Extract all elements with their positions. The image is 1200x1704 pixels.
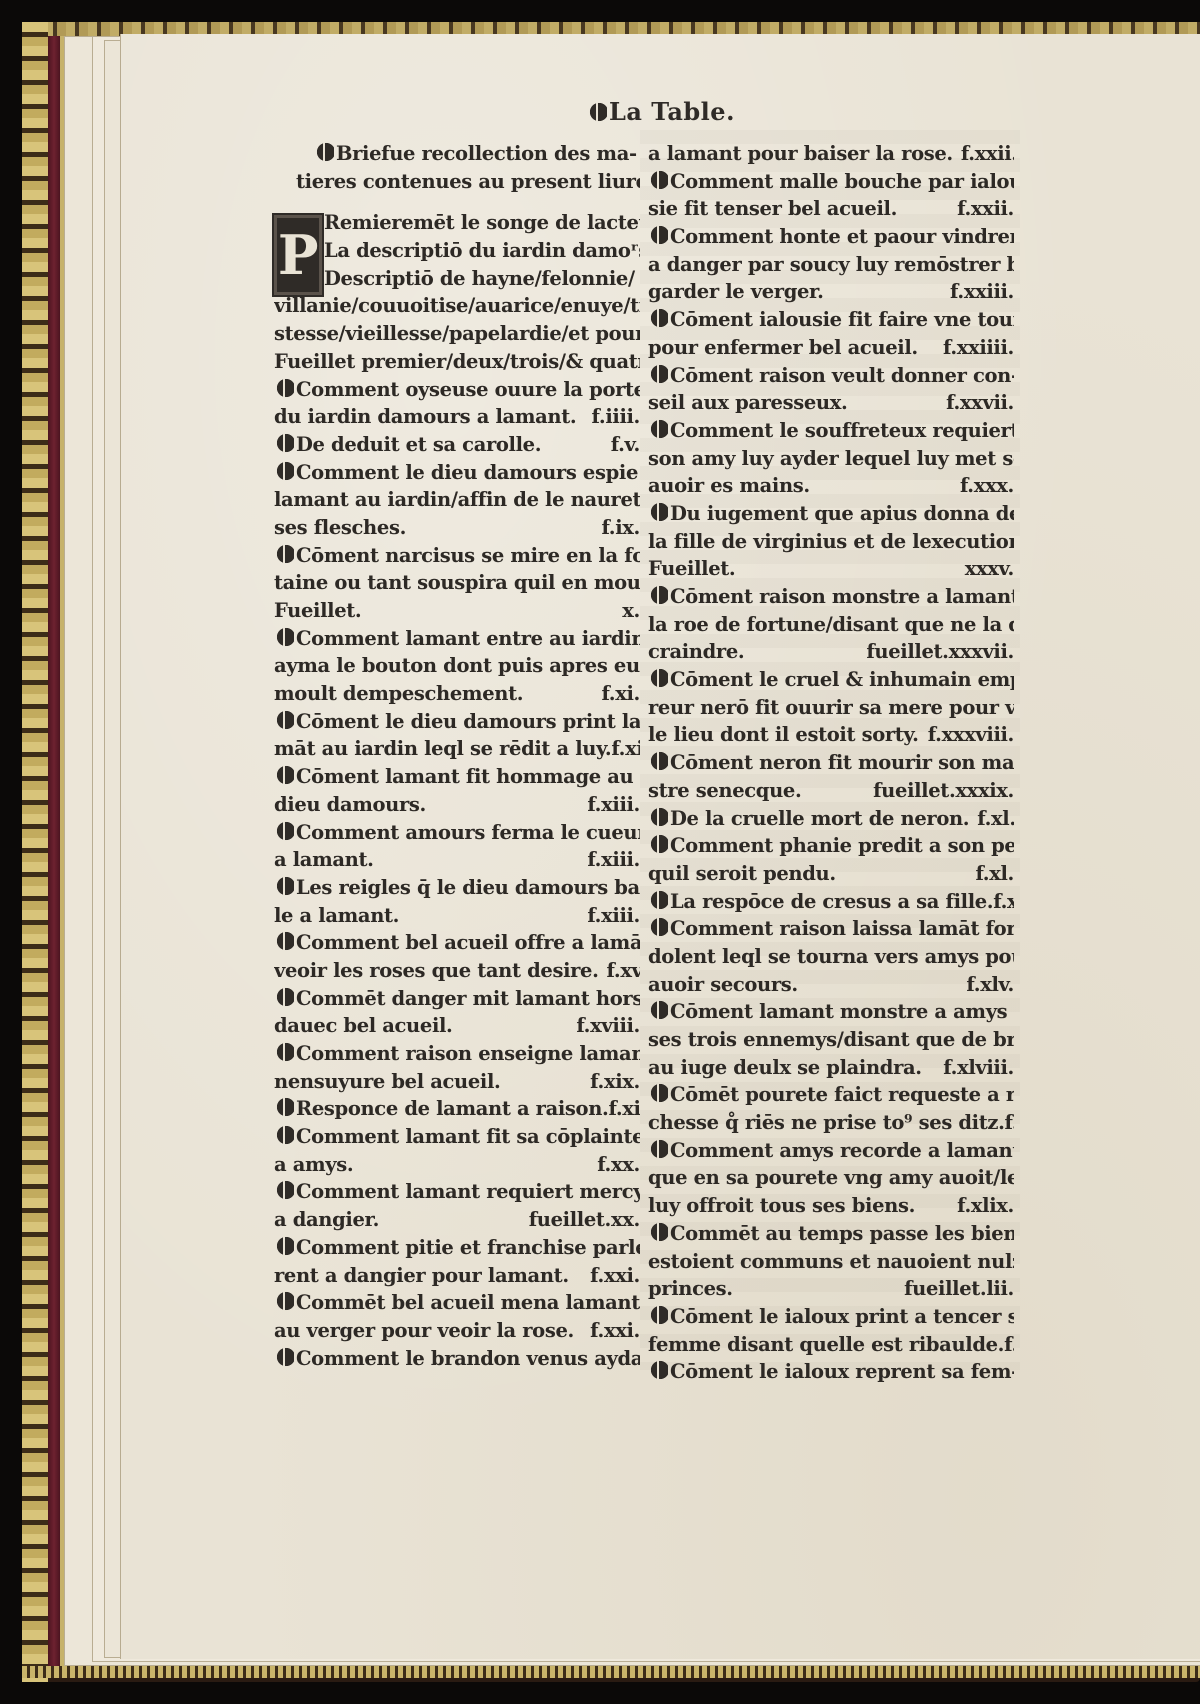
entry-line: Comment phanie predit a son pere: [648, 832, 1014, 860]
pilcrow-icon: [648, 667, 668, 689]
entry-text: Comment honte et paour vindrent: [648, 223, 1014, 251]
entry-title: Commēt danger mit lamant hors: [296, 987, 640, 1010]
entry-title: auoir es mains.: [648, 474, 810, 497]
pilcrow-icon: [274, 1041, 294, 1063]
folio-reference: f.xix.: [582, 1068, 640, 1096]
pilcrow-icon: [274, 709, 294, 731]
decorated-initial-p: P: [272, 213, 324, 297]
heading-text-1: Briefue recollection des ma-: [336, 142, 637, 165]
entry-title: Cōment le dieu damours print la-: [296, 710, 640, 733]
entry-text: Du iugement que apius donna de: [648, 500, 1014, 528]
entry-text: du iardin damours a lamant.: [274, 403, 576, 431]
entry-title: a amys.: [274, 1153, 353, 1176]
entry-line: craindre.fueillet.xxxvii.: [648, 638, 1014, 666]
entry-line: La respōce de cresus a sa fille.f.xli.: [648, 888, 1014, 916]
entry-line: la fille de virginius et de lexecution.: [648, 528, 1014, 556]
entry-title: a dangier.: [274, 1208, 379, 1231]
folio-reference: f.xl.: [967, 860, 1014, 888]
entry-text: Descriptiō de hayne/felonnie/: [324, 265, 635, 293]
entry-line: Cōment raison veult donner con-: [648, 362, 1014, 390]
entry-title: le lieu dont il estoit sorty.: [648, 723, 919, 746]
entry-title: Responce de lamant a raison.f.xix: [296, 1097, 640, 1120]
entry-title: dauec bel acueil.: [274, 1014, 453, 1037]
entry-text: auoir es mains.: [648, 472, 810, 500]
entry-line: Commēt danger mit lamant hors: [274, 985, 640, 1013]
entry-line: seil aux paresseux.f.xxvii.: [648, 389, 1014, 417]
entry-text: Cōment le ialoux reprent sa fem-: [648, 1358, 1014, 1386]
pilcrow-icon: [648, 999, 668, 1021]
entry-title: Cōment le cruel & inhumain empe: [670, 668, 1014, 691]
entry-line: que en sa pourete vng amy auoit/leql: [648, 1164, 1014, 1192]
entry-text: La descriptiō du iardin damoʳs: [324, 237, 640, 265]
entry-line: a lamant pour baiser la rose.f.xxii.: [648, 140, 1014, 168]
entry-title: ses trois ennemys/disant que de brief: [648, 1028, 1014, 1051]
entry-line: luy offroit tous ses biens.f.xlix.: [648, 1192, 1014, 1220]
entry-title: Comment le dieu damours espie: [296, 461, 638, 484]
entry-line: le a lamant.f.xiii.: [274, 902, 640, 930]
entry-title: nensuyure bel acueil.: [274, 1070, 500, 1093]
entry-line: Comment lamant entre au iardin: [274, 625, 640, 653]
entry-title: veoir les roses que tant desire.: [274, 959, 599, 982]
entry-title: lamant au iardin/affin de le nauret de: [274, 488, 640, 511]
entry-line: māt au iardin leql se rēdit a luy.f.xii.: [274, 735, 640, 763]
entry-title: Cōment le ialoux reprent sa fem-: [670, 1360, 1014, 1383]
entry-text: rent a dangier pour lamant.: [274, 1262, 569, 1290]
entry-line: Cōment neron fit mourir son mai-: [648, 749, 1014, 777]
entry-title: Comment lamant fit sa cōplainte: [296, 1125, 640, 1148]
spacer: [274, 195, 640, 209]
folio-reference: f.xxiiii.: [935, 334, 1014, 362]
entry-line: Cōmēt pourete faict requeste a ri-: [648, 1081, 1014, 1109]
entry-line: quil seroit pendu.f.xl.: [648, 860, 1014, 888]
entry-text: au iuge deulx se plaindra.: [648, 1054, 922, 1082]
entry-title: De la cruelle mort de neron.: [670, 807, 969, 830]
entry-line: moult dempeschement.f.xi.: [274, 680, 640, 708]
entry-text: Les reigles q̄ le dieu damours bail: [274, 874, 640, 902]
entry-line: Comment raison enseigne lamant: [274, 1040, 640, 1068]
entry-text: estoient communs et nauoient nulz: [648, 1248, 1014, 1276]
entry-title: Comment amours ferma le cueur: [296, 821, 640, 844]
pilcrow-icon: [274, 875, 294, 897]
pilcrow-icon: [648, 806, 668, 828]
entry-text: a lamant.: [274, 846, 374, 874]
entry-text: dieu damours.: [274, 791, 426, 819]
entry-line: Comment amys recorde a lamant: [648, 1137, 1014, 1165]
pilcrow-icon: [274, 1290, 294, 1312]
entry-title: sie fit tenser bel acueil.: [648, 197, 897, 220]
entry-text: Commēt danger mit lamant hors: [274, 985, 640, 1013]
entry-line: dauec bel acueil.f.xviii.: [274, 1012, 640, 1040]
entry-line: pour enfermer bel acueil.f.xxiiii.: [648, 334, 1014, 362]
entry-title: luy offroit tous ses biens.: [648, 1194, 915, 1217]
entry-title: reur nerō fit ouurir sa mere pour veoir: [648, 696, 1014, 719]
entry-line: au verger pour veoir la rose.f.xxi.: [274, 1317, 640, 1345]
entry-text: sie fit tenser bel acueil.: [648, 195, 897, 223]
entry-title: le a lamant.: [274, 904, 399, 927]
pilcrow-icon: [274, 432, 294, 454]
entry-line: nensuyure bel acueil.f.xix.: [274, 1068, 640, 1096]
pilcrow-icon: [274, 626, 294, 648]
entry-line: du iardin damours a lamant.f.iiii.: [274, 403, 640, 431]
pilcrow-icon: [648, 363, 668, 385]
pilcrow-icon: [274, 1124, 294, 1146]
entry-title: dolent leql se tourna vers amys pour: [648, 945, 1014, 968]
entry-title: Fueillet.: [648, 557, 735, 580]
entry-line: De la cruelle mort de neron.f.xl.: [648, 805, 1014, 833]
entry-line: Comment bel acueil offre a lamāt: [274, 929, 640, 957]
entry-title: princes.: [648, 1277, 733, 1300]
entry-title: Cōment ialousie fit faire vne tour: [670, 308, 1014, 331]
entry-title: seil aux paresseux.: [648, 391, 847, 414]
entry-title: Cōmēt pourete faict requeste a ri-: [670, 1083, 1014, 1106]
entry-title: au iuge deulx se plaindra.: [648, 1056, 922, 1079]
entry-line: ayma le bouton dont puis apres eut: [274, 652, 640, 680]
entry-title: ayma le bouton dont puis apres eut: [274, 654, 640, 677]
entry-text: ses flesches.: [274, 514, 406, 542]
running-head: La Table.: [587, 97, 735, 126]
entry-text: princes.: [648, 1275, 733, 1303]
entry-line: reur nerō fit ouurir sa mere pour veoir: [648, 694, 1014, 722]
entry-line: Comment malle bouche par ialou: [648, 168, 1014, 196]
entry-text: Cōment lamant fit hommage au: [274, 763, 633, 791]
entry-title: Cōment neron fit mourir son mai-: [670, 751, 1014, 774]
entry-line: villanie/couuoitise/auarice/enuye/tri: [274, 292, 640, 320]
entry-title: dieu damours.: [274, 793, 426, 816]
entry-text: Comment raison enseigne lamant: [274, 1040, 640, 1068]
entry-text: De deduit et sa carolle.: [274, 431, 541, 459]
entry-line: Comment oyseuse ouure la porte: [274, 376, 640, 404]
entry-line: Comment le dieu damours espie: [274, 459, 640, 487]
pilcrow-icon: [274, 1096, 294, 1118]
entry-text: Commēt au temps passe les biens: [648, 1220, 1014, 1248]
entry-title: Cōment le ialoux print a tencer sa: [670, 1305, 1014, 1328]
folio-reference: f.xxiii.: [942, 278, 1014, 306]
entry-text: Comment lamant requiert mercy: [274, 1178, 640, 1206]
entry-text: Comment malle bouche par ialou: [648, 168, 1014, 196]
folio-reference: x.: [614, 597, 640, 625]
entry-text: Comment oyseuse ouure la porte: [274, 376, 640, 404]
entry-text: taine ou tant souspira quil en mourut.: [274, 569, 640, 597]
entry-title: stesse/vieillesse/papelardie/et pourete.: [274, 322, 640, 345]
entry-text: Cōment le ialoux print a tencer sa: [648, 1303, 1014, 1331]
pilcrow-icon: [648, 169, 668, 191]
folio-reference: fueillet.lii.: [896, 1275, 1014, 1303]
entry-title: Fueillet premier/deux/trois/& quatre.: [274, 350, 640, 373]
entry-line: Cōment le cruel & inhumain empe: [648, 666, 1014, 694]
entry-line: sie fit tenser bel acueil.f.xxii.: [648, 195, 1014, 223]
entry-title: moult dempeschement.: [274, 682, 523, 705]
folio-reference: [1007, 998, 1014, 1026]
folio-reference: f.ix.: [593, 514, 640, 542]
entry-text: Comment raison laissa lamāt fort: [648, 915, 1014, 943]
entry-line: Commēt bel acueil mena lamant: [274, 1289, 640, 1317]
gilt-border-bottom: [22, 1666, 1200, 1678]
pilcrow-icon: [274, 460, 294, 482]
folio-reference: f.xviii: [599, 957, 640, 985]
folio-reference: [633, 763, 640, 791]
entry-title: auoir secours.: [648, 973, 798, 996]
entry-text: luy offroit tous ses biens.: [648, 1192, 915, 1220]
heading-text-2: tieres contenues au present liure.: [274, 168, 640, 196]
entry-text: la fille de virginius et de lexecution.: [648, 528, 1014, 556]
entry-text: la roe de fortune/disant que ne la doit: [648, 611, 1014, 639]
folio-reference: xxxv.: [957, 555, 1014, 583]
entry-title: ses flesches.: [274, 516, 406, 539]
entry-text: Remieremēt le songe de lacteur: [324, 209, 640, 237]
entry-title: a danger par soucy luy remōstrer bien: [648, 253, 1014, 276]
folio-reference: f.xlv.: [958, 971, 1014, 999]
entry-line: au iuge deulx se plaindra.f.xlviii.: [648, 1054, 1014, 1082]
entry-line: stre senecque.fueillet.xxxix.: [648, 777, 1014, 805]
entry-title: Comment honte et paour vindrent: [670, 225, 1014, 248]
entry-line: a amys.f.xx.: [274, 1151, 640, 1179]
entry-line: Remieremēt le songe de lacteur: [324, 209, 640, 237]
entry-line: Cōment le dieu damours print la-: [274, 708, 640, 736]
entry-text: villanie/couuoitise/auarice/enuye/tri: [274, 292, 640, 320]
entry-line: auoir secours.f.xlv.: [648, 971, 1014, 999]
pilcrow-icon: [648, 584, 668, 606]
entry-line: Comment raison laissa lamāt fort: [648, 915, 1014, 943]
entry-text: Comment pitie et franchise parle-: [274, 1234, 640, 1262]
entry-title: Comment le souffreteux requiert: [670, 419, 1014, 442]
entry-text: Responce de lamant a raison.f.xix: [274, 1095, 640, 1123]
entry-line: son amy luy ayder lequel luy met son: [648, 445, 1014, 473]
entry-text: Comment amys recorde a lamant: [648, 1137, 1014, 1165]
entry-title: Comment phanie predit a son pere: [670, 834, 1014, 857]
folio-reference: f.xiii.: [579, 846, 640, 874]
pilcrow-icon: [314, 141, 334, 163]
entry-text: dolent leql se tourna vers amys pour: [648, 943, 1014, 971]
folio-reference: f.xiii.: [579, 791, 640, 819]
entry-title: Comment amys recorde a lamant: [670, 1139, 1014, 1162]
pilcrow-icon: [274, 377, 294, 399]
entry-line: a dangier.fueillet.xx.: [274, 1206, 640, 1234]
entry-title: Comment le brandon venus ayda: [296, 1347, 640, 1370]
entry-text: son amy luy ayder lequel luy met son: [648, 445, 1014, 473]
entry-text: Comment le souffreteux requiert: [648, 417, 1014, 445]
entry-text: quil seroit pendu.: [648, 860, 836, 888]
entry-text: stre senecque.: [648, 777, 801, 805]
entry-line: taine ou tant souspira quil en mourut.: [274, 569, 640, 597]
entry-line: le lieu dont il estoit sorty.f.xxxviii.: [648, 721, 1014, 749]
folio-reference: f.xxx.: [952, 472, 1014, 500]
entry-text: nensuyure bel acueil.: [274, 1068, 500, 1096]
entry-title: Les reigles q̄ le dieu damours bail: [296, 876, 640, 899]
entry-text: ses trois ennemys/disant que de brief: [648, 1026, 1014, 1054]
entry-line: Du iugement que apius donna de: [648, 500, 1014, 528]
entry-text: māt au iardin leql se rēdit a luy.f.xii.: [274, 735, 640, 763]
entry-line: Cōment ialousie fit faire vne tour: [648, 306, 1014, 334]
entry-title: femme disant quelle est ribaulde.f.lii.: [648, 1333, 1014, 1356]
entry-title: Du iugement que apius donna de: [670, 502, 1014, 525]
pilcrow-icon: [648, 1221, 668, 1243]
entry-text: reur nerō fit ouurir sa mere pour veoir: [648, 694, 1014, 722]
entry-title: la roe de fortune/disant que ne la doit: [648, 613, 1014, 636]
entry-title: que en sa pourete vng amy auoit/leql: [648, 1166, 1014, 1189]
entry-title: Comment raison enseigne lamant: [296, 1042, 640, 1065]
entry-text: Comment lamant fit sa cōplainte: [274, 1123, 640, 1151]
folio-reference: f.xlix.: [949, 1192, 1014, 1220]
entry-title: Cōment narcisus se mire en la fon: [296, 544, 640, 567]
entry-line: La descriptiō du iardin damoʳs: [324, 237, 640, 265]
folio-reference: f.xxxviii.: [920, 721, 1014, 749]
entry-text: Comment bel acueil offre a lamāt: [274, 929, 640, 957]
pilcrow-icon: [648, 1138, 668, 1160]
folio-reference: f.xxi.: [582, 1262, 640, 1290]
entry-text: Fueillet premier/deux/trois/& quatre.: [274, 348, 640, 376]
heading-text: Briefue recollection des ma-: [274, 140, 637, 168]
folio-reference: f.iiii.: [584, 403, 640, 431]
pilcrow-icon: [648, 501, 668, 523]
entry-text: Cōment ialousie fit faire vne tour: [648, 306, 1014, 334]
pilcrow-icon: [648, 1304, 668, 1326]
pilcrow-icon: [274, 1179, 294, 1201]
entry-title: Cōment lamant fit hommage au: [296, 765, 633, 788]
entry-text: pour enfermer bel acueil.: [648, 334, 918, 362]
pilcrow-icon: [274, 764, 294, 786]
folio-reference: f.xxi.: [582, 1317, 640, 1345]
entry-line: garder le verger.f.xxiii.: [648, 278, 1014, 306]
entry-line: dieu damours.f.xiii.: [274, 791, 640, 819]
entry-line: Responce de lamant a raison.f.xix: [274, 1095, 640, 1123]
decorated-initial-block: P Remieremēt le songe de lacteur La desc…: [274, 209, 640, 292]
entry-line: rent a dangier pour lamant.f.xxi.: [274, 1262, 640, 1290]
entry-title: craindre.: [648, 640, 744, 663]
entry-title: Comment oyseuse ouure la porte: [296, 378, 640, 401]
entry-line: Descriptiō de hayne/felonnie/: [324, 265, 640, 293]
entry-line: Comment lamant requiert mercy: [274, 1178, 640, 1206]
entry-title: quil seroit pendu.: [648, 862, 836, 885]
pilcrow-icon: [648, 418, 668, 440]
entry-line: Comment amours ferma le cueur: [274, 819, 640, 847]
entry-text: Comment le dieu damours espie: [274, 459, 638, 487]
entry-line: a lamant.f.xiii.: [274, 846, 640, 874]
folio-reference: f.xxvii.: [938, 389, 1014, 417]
folio-reference: fueillet.xxxix.: [865, 777, 1014, 805]
entry-title: Cōment raison veult donner con-: [670, 364, 1014, 387]
entry-text: Cōment le dieu damours print la-: [274, 708, 640, 736]
entry-text: garder le verger.: [648, 278, 824, 306]
entry-title: Comment bel acueil offre a lamāt: [296, 931, 640, 954]
entry-line: Cōment narcisus se mire en la fon: [274, 542, 640, 570]
entry-line: auoir es mains.f.xxx.: [648, 472, 1014, 500]
entry-line: Commēt au temps passe les biens: [648, 1220, 1014, 1248]
entry-line: Comment pitie et franchise parle-: [274, 1234, 640, 1262]
pilcrow-icon: [648, 224, 668, 246]
entry-title: taine ou tant souspira quil en mourut.: [274, 571, 640, 594]
entry-text: Comment lamant entre au iardin: [274, 625, 640, 653]
entry-line: Fueillet premier/deux/trois/& quatre.: [274, 348, 640, 376]
entry-text: Fueillet.: [274, 597, 361, 625]
entry-text: Fueillet.: [648, 555, 735, 583]
folio-reference: f.v.: [603, 431, 640, 459]
folio-reference: f.xi.: [593, 680, 640, 708]
pilcrow-icon: [587, 101, 607, 123]
pilcrow-icon: [648, 1082, 668, 1104]
pilcrow-icon: [274, 1235, 294, 1257]
entry-line: a danger par soucy luy remōstrer bien: [648, 251, 1014, 279]
pilcrow-icon: [648, 889, 668, 911]
entry-text: Cōment raison veult donner con-: [648, 362, 1014, 390]
entry-line: Cōment lamant fit hommage au: [274, 763, 640, 791]
entry-text: le a lamant.: [274, 902, 399, 930]
pilcrow-icon: [274, 543, 294, 565]
entry-title: villanie/couuoitise/auarice/enuye/tri: [274, 294, 640, 317]
entry-title: du iardin damours a lamant.: [274, 405, 576, 428]
folio-reference: f.xviii.: [568, 1012, 640, 1040]
pilcrow-icon: [648, 750, 668, 772]
entry-title: garder le verger.: [648, 280, 824, 303]
entry-line: Cōment lamant monstre a amys: [648, 998, 1014, 1026]
entry-text: au verger pour veoir la rose.: [274, 1317, 574, 1345]
entry-title: au verger pour veoir la rose.: [274, 1319, 574, 1342]
entry-line: dolent leql se tourna vers amys pour: [648, 943, 1014, 971]
entry-text: que en sa pourete vng amy auoit/leql: [648, 1164, 1014, 1192]
entry-title: Fueillet.: [274, 599, 361, 622]
folio-reference: f.xxii.: [953, 140, 1014, 168]
entry-line: Comment le brandon venus ayda: [274, 1345, 640, 1373]
heading-line: tieres contenues au present liure.: [274, 168, 640, 196]
heading-line: Briefue recollection des ma-: [274, 140, 640, 168]
entry-title: Comment lamant requiert mercy: [296, 1180, 640, 1203]
folio-reference: fueillet.xx.: [521, 1206, 640, 1234]
leather-turn-in: [48, 36, 60, 1666]
entry-text: a amys.: [274, 1151, 353, 1179]
table-of-contents-left-column: Briefue recollection des ma- tieres cont…: [274, 140, 640, 1372]
entry-text: Cōmēt pourete faict requeste a ri-: [648, 1081, 1014, 1109]
entry-text: De la cruelle mort de neron.: [648, 805, 969, 833]
folio-reference: [638, 459, 640, 487]
entry-line: Fueillet.x.: [274, 597, 640, 625]
entry-title: La respōce de cresus a sa fille.f.xli.: [670, 890, 1014, 913]
pilcrow-icon: [648, 916, 668, 938]
entry-text: Cōment le cruel & inhumain empe: [648, 666, 1014, 694]
entry-text: le lieu dont il estoit sorty.: [648, 721, 919, 749]
entry-title: la fille de virginius et de lexecution.: [648, 530, 1014, 553]
pilcrow-icon: [274, 986, 294, 1008]
entry-line: princes.fueillet.lii.: [648, 1275, 1014, 1303]
entry-title: De deduit et sa carolle.: [296, 433, 541, 456]
pilcrow-icon: [274, 820, 294, 842]
entry-text: craindre.: [648, 638, 744, 666]
entry-title: a lamant pour baiser la rose.: [648, 142, 953, 165]
entry-text: chesse q̊ riēs ne prise to⁹ ses ditz.f.x…: [648, 1109, 1014, 1137]
entry-text: a danger par soucy luy remōstrer bien: [648, 251, 1014, 279]
entry-text: Comment amours ferma le cueur: [274, 819, 640, 847]
gilt-border-left: [22, 22, 48, 1682]
entry-text: Comment phanie predit a son pere: [648, 832, 1014, 860]
right-entries: a lamant pour baiser la rose.f.xxii.Comm…: [648, 140, 1014, 1386]
pilcrow-icon: [648, 307, 668, 329]
folio-reference: f.xx.: [589, 1151, 640, 1179]
entry-line: Cōment raison monstre a lamant: [648, 583, 1014, 611]
table-of-contents-right-column: a lamant pour baiser la rose.f.xxii.Comm…: [648, 140, 1014, 1386]
entry-title: pour enfermer bel acueil.: [648, 336, 918, 359]
entry-title: Comment malle bouche par ialou: [670, 170, 1014, 193]
entry-text: auoir secours.: [648, 971, 798, 999]
entry-text: a lamant pour baiser la rose.: [648, 140, 953, 168]
folio-reference: f.xl.: [969, 805, 1014, 833]
entry-text: dauec bel acueil.: [274, 1012, 453, 1040]
entry-line: estoient communs et nauoient nulz: [648, 1248, 1014, 1276]
entry-text: femme disant quelle est ribaulde.f.lii.: [648, 1331, 1014, 1359]
entry-line: Cōment le ialoux reprent sa fem-: [648, 1358, 1014, 1386]
entry-title: stre senecque.: [648, 779, 801, 802]
entry-text: seil aux paresseux.: [648, 389, 847, 417]
entry-text: lamant au iardin/affin de le nauret de: [274, 486, 640, 514]
entry-line: Fueillet.xxxv.: [648, 555, 1014, 583]
entry-text: stesse/vieillesse/papelardie/et pourete.: [274, 320, 640, 348]
